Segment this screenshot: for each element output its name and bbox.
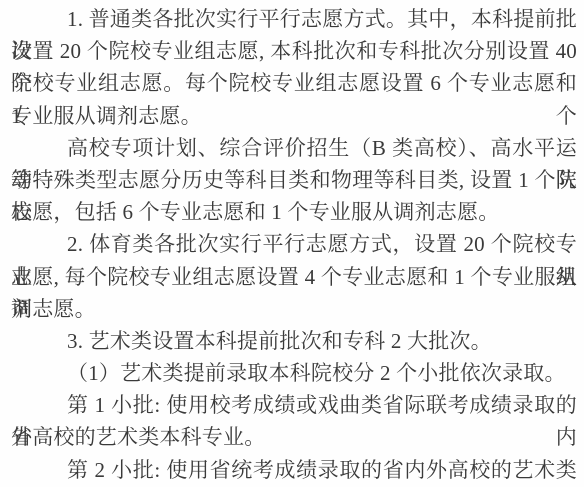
paragraph-second-sub-batch: 第 2 小批: 使用省统考成绩录取的省内外高校的艺术类本科 [11,454,577,486]
paragraph-sports-category: 2. 体育类各批次实行平行志愿方式，设置 20 个院校专业组 志愿, 每个院校专… [11,228,577,325]
paragraph-general-batches: 1. 普通类各批次实行平行志愿方式。其中，本科提前批次 设置 20 个院校专业组… [11,3,577,132]
text-line: 志愿，包括 6 个专业志愿和 1 个专业服从调剂志愿。 [11,196,577,228]
paragraph-first-sub-batch: 第 1 小批: 使用校考成绩或戏曲类省际联考成绩录取的省内 外高校的艺术类本科专… [11,389,577,453]
paragraph-special-types: 高校专项计划、综合评价招生（B 类高校）、高水平运动队 等特殊类型志愿分历史等科… [11,132,577,229]
text-line: 院校专业组志愿。每个院校专业组志愿设置 6 个专业志愿和 1 个 [11,67,577,99]
paragraph-art-category: 3. 艺术类设置本科提前批次和专科 2 大批次。 [11,325,577,357]
text-line: 等特殊类型志愿分历史等科目类和物理等科目类, 设置 1 个院校 [11,164,577,196]
text-line: 1. 普通类各批次实行平行志愿方式。其中，本科提前批次 [11,3,577,35]
text-line: 第 1 小批: 使用校考成绩或戏曲类省际联考成绩录取的省内 [11,389,577,421]
text-line: 剂志愿。 [11,293,577,325]
text-line: （1）艺术类提前录取本科院校分 2 个小批依次录取。 [11,357,577,389]
text-line: 高校专项计划、综合评价招生（B 类高校）、高水平运动队 [11,132,577,164]
text-line: 志愿, 每个院校专业组志愿设置 4 个专业志愿和 1 个专业服从调 [11,261,577,293]
text-line: 第 2 小批: 使用省统考成绩录取的省内外高校的艺术类本科 [11,454,577,486]
document-page: 1. 普通类各批次实行平行志愿方式。其中，本科提前批次 设置 20 个院校专业组… [0,0,584,487]
paragraph-art-advance-batch: （1）艺术类提前录取本科院校分 2 个小批依次录取。 [11,357,577,389]
text-line: 3. 艺术类设置本科提前批次和专科 2 大批次。 [11,325,577,357]
text-line: 设置 20 个院校专业组志愿, 本科批次和专科批次分别设置 40 个 [11,35,577,67]
text-line: 2. 体育类各批次实行平行志愿方式，设置 20 个院校专业组 [11,228,577,260]
